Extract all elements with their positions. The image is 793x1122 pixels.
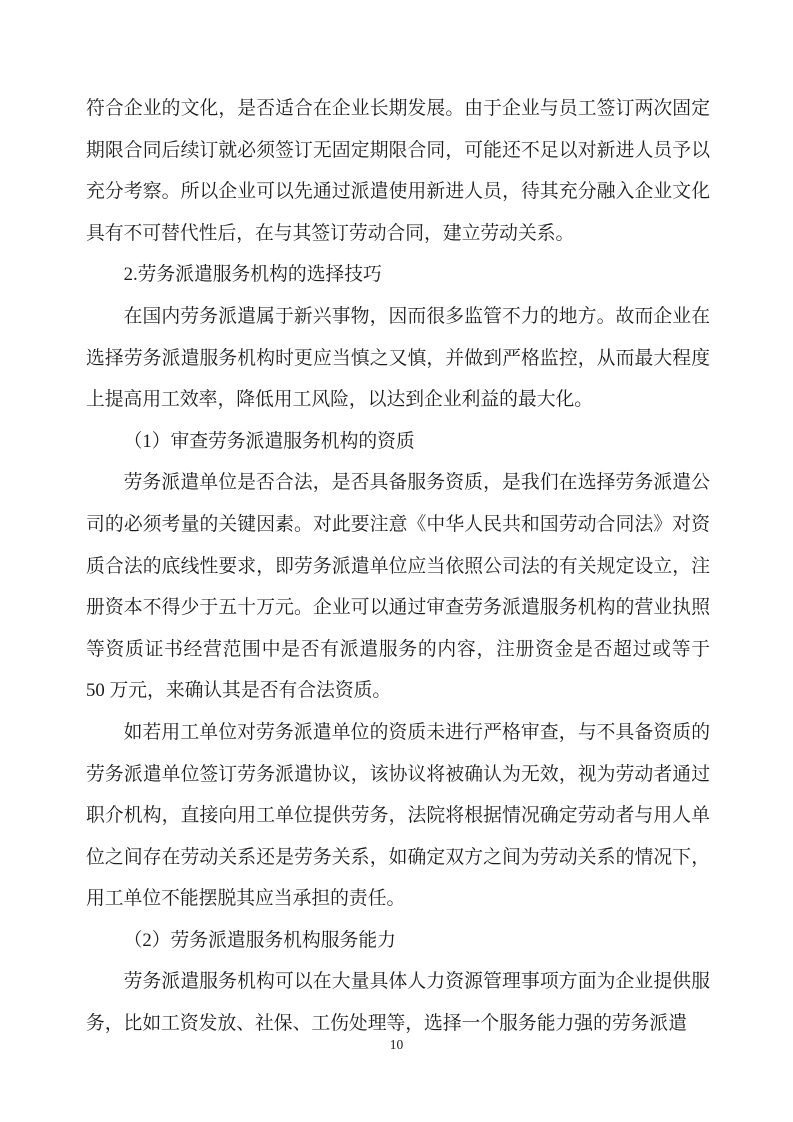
page-footer: 10 (0, 1036, 793, 1054)
sub-heading-2: （2）劳务派遣服务机构服务能力 (86, 920, 710, 962)
page-content: 符合企业的文化，是否适合在企业长期发展。由于企业与员工签订两次固定期限合同后续订… (86, 88, 710, 1045)
sub-heading-1: （1）审查劳务派遣服务机构的资质 (86, 421, 710, 463)
paragraph-body: 如若用工单位对劳务派遣单位的资质未进行严格审查，与不具备资质的劳务派遣单位签订劳… (86, 712, 710, 920)
document-page: 符合企业的文化，是否适合在企业长期发展。由于企业与员工签订两次固定期限合同后续订… (0, 0, 793, 1122)
paragraph-body: 在国内劳务派遣属于新兴事物，因而很多监管不力的地方。故而企业在选择劳务派遣服务机… (86, 296, 710, 421)
section-heading-2: 2.劳务派遣服务机构的选择技巧 (86, 254, 710, 296)
paragraph-body: 劳务派遣服务机构可以在大量具体人力资源管理事项方面为企业提供服务，比如工资发放、… (86, 961, 710, 1044)
paragraph-body: 劳务派遣单位是否合法，是否具备服务资质，是我们在选择劳务派遣公司的必须考量的关键… (86, 462, 710, 712)
page-number: 10 (390, 1037, 404, 1052)
paragraph-continuation: 符合企业的文化，是否适合在企业长期发展。由于企业与员工签订两次固定期限合同后续订… (86, 88, 710, 254)
